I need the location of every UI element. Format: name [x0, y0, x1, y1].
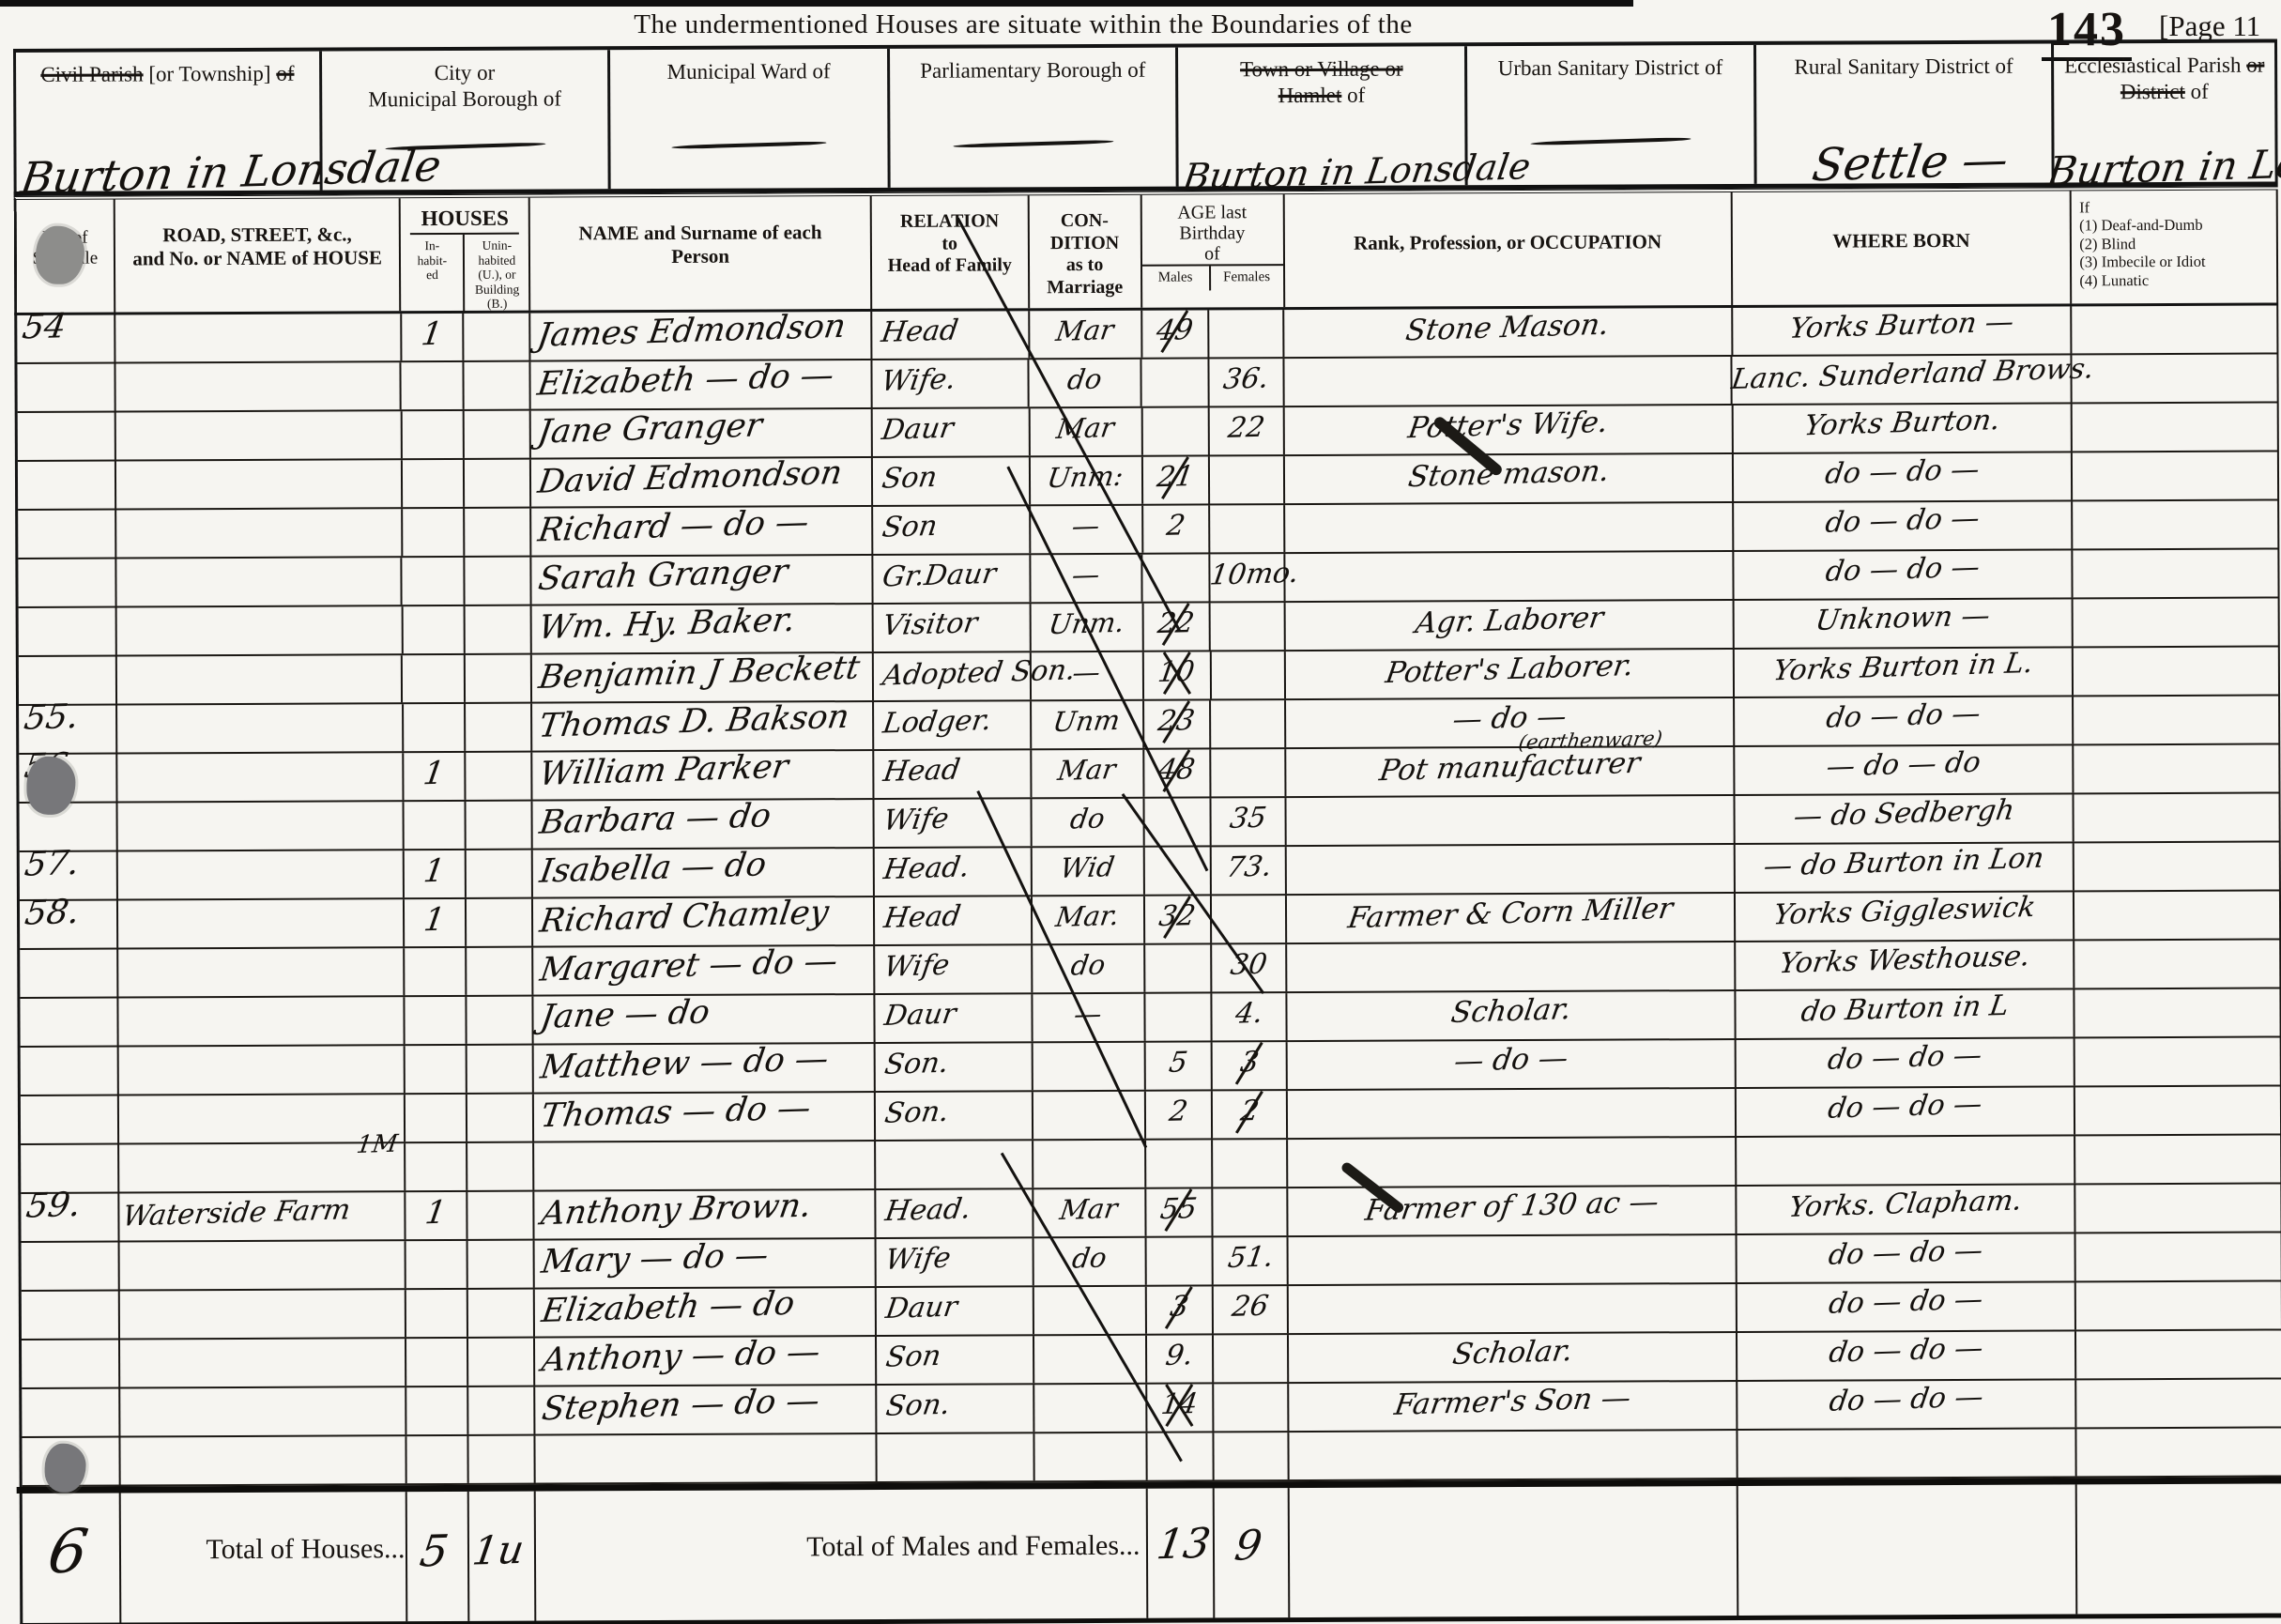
cell-schedule	[17, 364, 115, 411]
cell-age-female	[1210, 456, 1285, 503]
cell-age-female	[1211, 651, 1286, 698]
cell-where-born: Yorks. Clapham.	[1737, 1185, 2076, 1233]
district-box-label: Parliamentary Borough of	[890, 57, 1176, 84]
cell-name	[534, 1141, 876, 1190]
district-box-1: Civil Parish [or Township] ofBurton in L…	[16, 52, 322, 192]
col-header-houses: HOUSESIn- habit- edUnin- habited (U.), o…	[401, 198, 531, 312]
handwritten-entry: do	[1068, 948, 1107, 981]
handwritten-entry: Gr.Daur	[880, 558, 998, 594]
handwritten-entry: —	[1071, 656, 1103, 689]
cell-occupation: Stone mason.	[1285, 454, 1734, 503]
col-header-condition: CON- DITION as to Marriage	[1029, 195, 1141, 309]
cell-age-female: 26	[1214, 1286, 1289, 1333]
cell-infirmity	[2074, 744, 2281, 792]
blank-pen-stroke	[953, 140, 1113, 148]
cell-inhabited	[405, 997, 467, 1044]
district-box-7: Rural Sanitary District ofSettle —	[1756, 44, 2055, 184]
cell-inhabited	[405, 1046, 467, 1093]
age-male-value: 3	[1171, 1291, 1188, 1324]
district-label-segment: [or Township]	[144, 62, 277, 86]
handwritten-entry: 58.	[23, 893, 82, 933]
cell-occupation	[1287, 845, 1736, 894]
cell-occupation: Potter's Laborer.	[1286, 650, 1735, 698]
cell-uninhabited	[467, 1046, 534, 1093]
cell-infirmity	[2074, 598, 2280, 646]
cell-condition	[1033, 1287, 1146, 1335]
cell-infirmity	[2074, 696, 2280, 743]
handwritten-entry: 55.	[22, 697, 81, 738]
handwritten-entry: 22	[1226, 411, 1266, 445]
cell-where-born	[1737, 1136, 2076, 1185]
cell-age-female: 3	[1213, 1042, 1288, 1089]
district-label-segment: Rural Sanitary District of	[1794, 54, 2013, 79]
cell-age-female	[1214, 1335, 1289, 1382]
cell-where-born: do — do —	[1738, 1380, 2077, 1429]
cell-where-born: — do — do	[1735, 745, 2074, 794]
col-header-schedule: No. of Schedule	[17, 200, 115, 313]
handwritten-entry: 54	[20, 307, 69, 346]
cell-uninhabited	[468, 1339, 535, 1386]
cell-infirmity	[2073, 452, 2279, 499]
cell-age-male: 49	[1142, 310, 1210, 357]
handwritten-entry: do	[1068, 802, 1107, 835]
cell-road	[119, 1241, 406, 1289]
cell-age-female: 36.	[1210, 359, 1285, 406]
handwritten-entry: Matthew — do —	[539, 1040, 832, 1086]
cell-uninhabited	[467, 948, 534, 995]
cell-relation: Head	[872, 311, 1030, 359]
cell-relation: Wife	[874, 799, 1032, 847]
cell-age-male: 2	[1145, 1091, 1213, 1138]
age-female-value: 3	[1240, 1046, 1258, 1079]
cell-uninhabited	[467, 1095, 534, 1141]
handwritten-entry: Thomas — do —	[539, 1090, 814, 1136]
cell-condition: Unm	[1032, 701, 1144, 749]
col-header-road: ROAD, STREET, &c., and No. or NAME of HO…	[115, 198, 402, 312]
ink-blot	[44, 1444, 85, 1493]
handwritten-entry: do	[1065, 362, 1104, 395]
cell-relation: Son.	[877, 1385, 1034, 1432]
cell-road	[117, 655, 404, 703]
totals-born-blank	[1738, 1484, 2077, 1616]
handwritten-entry: Yorks Burton in L.	[1771, 647, 2036, 687]
cell-uninhabited	[466, 655, 532, 702]
handwritten-entry: Potter's Laborer.	[1384, 649, 1636, 690]
cell-occupation: Farmer of 130 ac —	[1289, 1187, 1738, 1235]
cell-where-born: — do Burton in Lon	[1735, 843, 2074, 892]
cell-where-born: do — do —	[1737, 1233, 2076, 1282]
district-label-segment: of	[2185, 80, 2209, 103]
district-box-value: Burton in Lonsdale	[1185, 149, 1530, 194]
handwritten-entry: 9	[1232, 1522, 1266, 1570]
cell-relation: Visitor	[873, 604, 1031, 651]
handwritten-entry: Elizabeth — do —	[535, 357, 836, 404]
cell-inhabited	[406, 1241, 468, 1288]
cell-name: Mary — do —	[535, 1239, 877, 1288]
cell-condition	[1033, 1043, 1145, 1091]
handwritten-entry: (earthenware)	[1517, 727, 1663, 754]
cell-relation: Daur	[877, 1287, 1034, 1335]
totals-males: 13	[1147, 1488, 1216, 1617]
cell-occupation	[1286, 552, 1735, 601]
cell-schedule: 56	[19, 755, 117, 802]
district-box-label: Town or Village or Hamlet of	[1178, 55, 1464, 109]
cell-where-born: Yorks Burton in L.	[1735, 648, 2074, 697]
cell-age-male: 32	[1144, 896, 1212, 942]
cell-relation: Son	[877, 1336, 1034, 1384]
cell-infirmity	[2073, 403, 2279, 451]
handwritten-entry: —	[1072, 998, 1104, 1031]
handwritten-entry: Anthony Brown.	[539, 1187, 814, 1233]
handwritten-entry: 5	[416, 1525, 451, 1577]
handwritten-entry: Lanc. Sunderland Brows.	[1729, 352, 2096, 396]
totals-females: 9	[1215, 1488, 1291, 1617]
cell-age-female	[1211, 603, 1286, 650]
cell-age-female	[1215, 1432, 1290, 1479]
cell-where-born: — do Sedbergh	[1735, 794, 2074, 843]
cell-infirmity	[2077, 1428, 2281, 1476]
cell-schedule	[18, 511, 116, 558]
age-male-value: 48	[1159, 754, 1195, 787]
cell-condition: Unm.	[1031, 604, 1143, 651]
handwritten-entry: 3	[1168, 1290, 1190, 1324]
cell-schedule	[22, 1292, 120, 1339]
handwritten-entry: Agr. Laborer	[1413, 601, 1605, 640]
cell-age-female: 2	[1213, 1091, 1288, 1138]
cell-infirmity	[2073, 354, 2279, 402]
handwritten-entry: Wid	[1058, 850, 1116, 884]
handwritten-entry: do — do —	[1826, 1088, 1984, 1126]
page-title: The undermentioned Houses are situate wi…	[460, 9, 1586, 40]
handwritten-entry: 13	[1154, 1520, 1214, 1570]
cell-name: Thomas D. Bakson	[532, 702, 874, 751]
ink-blot	[36, 226, 84, 284]
col-header-name: NAME and Surname of each Person	[530, 196, 872, 311]
cell-uninhabited	[468, 1143, 535, 1190]
col-header-born: WHERE BORN	[1732, 191, 2072, 305]
handwritten-entry: Farmer & Corn Miller	[1346, 892, 1676, 936]
cell-name: Wm. Hy. Baker.	[532, 605, 874, 653]
cell-inhabited	[404, 802, 467, 849]
cell-age-male	[1146, 1140, 1214, 1187]
cell-schedule	[20, 999, 118, 1046]
cell-uninhabited	[465, 411, 531, 458]
cell-uninhabited	[466, 606, 532, 653]
cell-infirmity	[2074, 842, 2281, 890]
cell-road	[115, 362, 402, 410]
district-label-segment: Municipal Ward of	[667, 59, 831, 84]
handwritten-entry: Burton in Lonsdale	[1181, 145, 1534, 199]
cell-relation: Head	[875, 896, 1033, 944]
totals-inhabited: 5	[406, 1492, 470, 1621]
cell-schedule: 54	[17, 315, 115, 362]
cell-name: Barbara — do	[533, 800, 875, 849]
handwritten-entry: Mary — do —	[540, 1236, 772, 1280]
totals-infirmity-blank	[2077, 1483, 2281, 1614]
district-box-3: Municipal Ward of	[610, 49, 890, 189]
handwritten-entry: Richard — do —	[536, 504, 812, 550]
handwritten-entry: Wm. Hy. Baker.	[537, 602, 799, 647]
column-header-row: No. of ScheduleROAD, STREET, &c., and No…	[14, 186, 2279, 315]
handwritten-entry: do — do —	[1824, 697, 1982, 735]
handwritten-entry: Head.	[881, 850, 972, 886]
cell-road	[116, 606, 403, 654]
cell-uninhabited	[466, 704, 532, 751]
handwritten-entry: Benjamin J Beckett	[537, 650, 863, 697]
cell-road	[116, 460, 403, 508]
blank-pen-stroke	[671, 141, 826, 149]
cell-age-female	[1214, 1188, 1289, 1235]
cell-age-male: 14	[1147, 1384, 1215, 1431]
handwritten-entry: Wife	[881, 803, 951, 837]
handwritten-entry: Stone mason.	[1406, 454, 1612, 495]
cell-relation: Head.	[875, 848, 1033, 896]
cell-where-born	[1738, 1429, 2077, 1478]
cell-relation: Son.	[876, 1043, 1033, 1091]
cell-condition: Mar	[1032, 750, 1144, 798]
handwritten-entry: Son	[883, 1340, 942, 1374]
handwritten-entry: Sarah Granger	[536, 553, 790, 598]
cell-occupation	[1284, 357, 1733, 406]
handwritten-entry: Thomas D. Bakson	[537, 698, 852, 745]
cell-inhabited	[406, 1339, 469, 1386]
handwritten-entry: 9.	[1164, 1339, 1196, 1372]
age-male-value: 9.	[1166, 1340, 1193, 1372]
cell-condition: do	[1032, 799, 1144, 847]
cell-road	[117, 704, 404, 752]
cell-age-male	[1145, 993, 1213, 1040]
cell-schedule	[22, 1389, 120, 1436]
handwritten-entry: — do — do	[1824, 746, 1982, 784]
cell-road	[115, 314, 402, 361]
cell-condition: —	[1031, 555, 1143, 603]
age-male-value: 21	[1157, 461, 1193, 494]
handwritten-entry: — do Burton in Lon	[1762, 842, 2046, 883]
cell-inhabited	[403, 655, 466, 702]
handwritten-entry: Settle —	[1809, 132, 2012, 193]
cell-age-male: 22	[1143, 603, 1211, 650]
cell-condition: Wid	[1032, 848, 1144, 896]
cell-relation: Son	[873, 506, 1031, 554]
handwritten-entry: 5	[1167, 1046, 1189, 1080]
cell-age-male	[1144, 847, 1212, 894]
handwritten-entry: Mar.	[1054, 899, 1122, 933]
cell-where-born: do Burton in L	[1736, 989, 2075, 1038]
cell-name: James Edmondson	[531, 312, 873, 360]
district-label-segment: District	[2120, 80, 2185, 103]
cell-inhabited	[403, 558, 466, 605]
handwritten-entry: Visitor	[880, 606, 980, 642]
cell-condition: —	[1032, 652, 1144, 700]
cell-relation: Son	[873, 457, 1031, 505]
cell-schedule	[18, 413, 116, 460]
handwritten-entry: Stone Mason.	[1404, 308, 1612, 348]
district-box-value: Settle —	[1813, 135, 2007, 191]
handwritten-entry: 49	[1155, 314, 1195, 347]
handwritten-entry: Yorks Giggleswick	[1771, 891, 2038, 931]
cell-age-male: 48	[1144, 749, 1212, 796]
col-subheader-houses-0: In- habit- ed	[401, 235, 463, 314]
handwritten-entry: do — do —	[1827, 1332, 1985, 1370]
cell-age-female	[1215, 1384, 1290, 1431]
district-header-row: Civil Parish [or Township] ofBurton in L…	[13, 38, 2278, 196]
cell-where-born: do — do —	[1734, 501, 2074, 550]
cell-condition	[1034, 1336, 1147, 1384]
cell-condition: —	[1031, 506, 1143, 554]
cell-age-female	[1212, 896, 1287, 942]
handwritten-entry: — do —	[1452, 1041, 1570, 1079]
age-female-value: 22	[1229, 411, 1264, 444]
cell-road: Waterside Farm	[119, 1192, 406, 1240]
district-label-segment: Town or Village or	[1240, 57, 1403, 82]
cell-age-male	[1142, 407, 1210, 454]
handwritten-entry: 36.	[1221, 362, 1271, 396]
handwritten-entry: Yorks Burton —	[1787, 306, 2015, 345]
totals-schedule-count: 6	[23, 1494, 121, 1623]
district-label-segment: City or Municipal Borough of	[368, 61, 561, 112]
age-male-value: 14	[1162, 1388, 1198, 1421]
cell-infirmity	[2075, 988, 2281, 1036]
district-box-label: Municipal Ward of	[610, 58, 887, 85]
cell-name: Richard — do —	[531, 507, 873, 556]
census-page-scan: The undermentioned Houses are situate wi…	[0, 0, 2281, 1624]
cell-inhabited	[405, 948, 467, 995]
district-label-segment: Ecclesiastical Parish	[2064, 54, 2246, 78]
cell-where-born: do — do —	[1734, 452, 2074, 501]
cell-infirmity	[2076, 1281, 2281, 1329]
cell-uninhabited	[469, 1387, 536, 1434]
cell-infirmity	[2077, 1379, 2281, 1427]
cell-condition: —	[1033, 994, 1145, 1042]
cell-road	[117, 802, 404, 850]
totals-occupation-blank	[1290, 1486, 1738, 1617]
top-rule	[0, 0, 1633, 7]
cell-where-born: Yorks Giggleswick	[1736, 892, 2075, 941]
col-subheader-row: MalesFemales	[1142, 264, 1283, 291]
table-row	[22, 1428, 2281, 1487]
handwritten-entry: Burton in Lonsdale	[18, 139, 445, 205]
cell-age-female: 22	[1210, 407, 1285, 454]
blank-pen-stroke	[1530, 137, 1691, 146]
cell-schedule	[21, 1048, 119, 1095]
cell-inhabited	[405, 1095, 467, 1141]
handwritten-entry: 1u	[470, 1526, 528, 1574]
col-subheader-houses-1: Unin- habited (U.), or Building (B.)	[463, 235, 528, 314]
cell-inhabited: 1	[404, 753, 467, 800]
totals-uninhabited: 1u	[469, 1492, 537, 1621]
district-label-segment: or	[2246, 54, 2264, 77]
cell-occupation	[1285, 503, 1734, 552]
totals-houses-label: Total of Houses...	[121, 1492, 407, 1622]
handwritten-entry: 26	[1231, 1290, 1271, 1324]
district-box-8: Ecclesiastical Parish or District ofBurt…	[2054, 42, 2277, 182]
district-box-4: Parliamentary Borough of	[890, 48, 1179, 188]
cell-inhabited	[402, 411, 465, 458]
occupation-superscript-note: (earthenware)	[1519, 728, 1661, 753]
col-header-age-title: AGE last Birthday of	[1141, 202, 1282, 265]
cell-age-female: 30	[1213, 944, 1288, 991]
col-header-infirmity: If (1) Deaf-and-Dumb (2) Blind (3) Imbec…	[2072, 190, 2278, 303]
cell-condition	[1034, 1433, 1147, 1481]
cell-name: Benjamin J Beckett	[532, 653, 874, 702]
handwritten-entry: 21	[1156, 460, 1196, 494]
handwritten-entry: 1	[423, 1194, 450, 1233]
cell-name: Stephen — do —	[536, 1386, 878, 1434]
handwritten-entry: Yorks Burton.	[1802, 404, 2002, 442]
handwritten-entry: 73.	[1224, 850, 1274, 884]
cell-condition: do	[1030, 360, 1142, 407]
cell-where-born: do — do —	[1734, 550, 2074, 599]
cell-schedule	[21, 1096, 119, 1143]
handwritten-entry: David Edmondson	[536, 454, 845, 501]
handwritten-entry: Head.	[883, 1192, 973, 1228]
col-subheader-age-0: Males	[1142, 266, 1209, 290]
handwritten-entry: Mar	[1054, 314, 1116, 347]
handwritten-entry: 1	[421, 901, 448, 940]
cell-condition: do	[1033, 1238, 1146, 1286]
age-female-value: 4.	[1235, 997, 1263, 1030]
cell-age-female: 51.	[1214, 1237, 1289, 1284]
handwritten-entry: 23	[1156, 704, 1197, 738]
cell-age-male: 2	[1143, 505, 1211, 552]
handwritten-entry: Daur	[882, 998, 958, 1033]
handwritten-entry: 1M	[355, 1130, 400, 1159]
handwritten-entry: 59.	[23, 1186, 83, 1226]
handwritten-entry: do — do —	[1823, 502, 1982, 540]
cell-age-female	[1211, 505, 1286, 552]
cell-age-female: 4.	[1213, 993, 1288, 1040]
handwritten-entry: Son.	[882, 1047, 951, 1081]
cell-schedule	[19, 608, 117, 655]
cell-inhabited	[406, 1387, 469, 1434]
age-male-value: 10	[1158, 656, 1194, 689]
cell-relation: Wife.	[872, 360, 1030, 407]
totals-row: 6Total of Houses...51uTotal of Males and…	[20, 1483, 2281, 1624]
cell-infirmity	[2074, 549, 2280, 597]
totals-males-females-label: Total of Males and Females...	[536, 1489, 1148, 1621]
cell-uninhabited	[469, 1436, 536, 1483]
handwritten-entry: 1	[421, 852, 448, 891]
cell-inhabited	[402, 460, 465, 507]
age-female-value: 35	[1231, 802, 1266, 835]
cell-where-born: Yorks Burton.	[1733, 404, 2073, 452]
cell-name: David Edmondson	[531, 458, 873, 507]
age-female-value: 51.	[1228, 1241, 1273, 1274]
cell-age-male: 21	[1142, 456, 1210, 503]
cell-road	[116, 558, 403, 605]
col-header-relation: RELATION to Head of Family	[872, 195, 1030, 309]
cell-relation: Daur	[873, 408, 1031, 456]
cell-relation: Gr.Daur	[873, 555, 1031, 603]
cell-name	[536, 1434, 878, 1483]
cell-infirmity	[2074, 940, 2281, 988]
handwritten-entry: Unknown —	[1814, 599, 1993, 637]
cell-road	[118, 948, 405, 996]
cell-inhabited: 1	[406, 1192, 468, 1239]
cell-inhabited: 1	[402, 314, 465, 360]
cell-schedule	[20, 950, 118, 997]
handwritten-entry: Barbara — do	[537, 797, 773, 841]
cell-name: Matthew — do —	[534, 1044, 876, 1093]
cell-age-female	[1212, 749, 1287, 796]
cell-age-male	[1143, 554, 1211, 601]
handwritten-entry: 1	[420, 315, 446, 354]
cell-occupation	[1289, 1235, 1738, 1284]
handwritten-entry: 32	[1157, 899, 1198, 933]
cell-where-born: do — do —	[1735, 697, 2074, 745]
handwritten-entry: Waterside Farm	[120, 1193, 352, 1233]
age-male-value: 23	[1158, 705, 1194, 738]
